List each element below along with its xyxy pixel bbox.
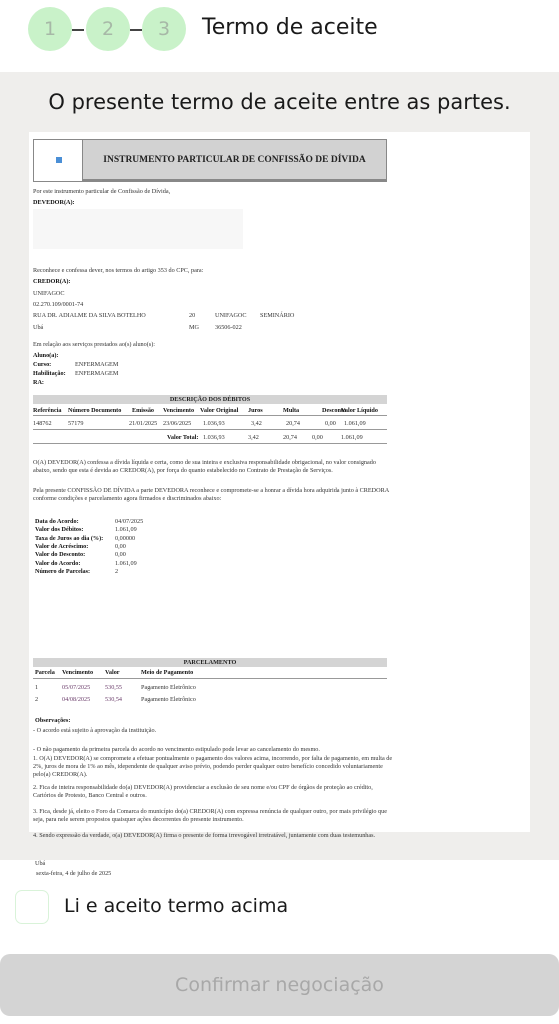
creditor-state: MG bbox=[189, 324, 199, 331]
confirm-negotiation-button[interactable]: Confirmar negociação bbox=[0, 954, 559, 1016]
agreement-value: 0,00 bbox=[115, 543, 126, 550]
creditor-complement: UNIFAGOC bbox=[215, 312, 247, 319]
qualification-label: Habilitação: bbox=[33, 370, 66, 377]
institution-logo bbox=[34, 140, 83, 181]
debts-cell: 23/06/2025 bbox=[163, 420, 191, 427]
creditor-street: RUA DR. ADIALME DA SILVA BOTELHO bbox=[33, 312, 146, 319]
document-date: sexta-feira, 4 de julho de 2025 bbox=[36, 870, 111, 877]
agreement-value: 1.061,09 bbox=[115, 526, 137, 533]
agreement-label: Taxa de Juros ao dia (%): bbox=[35, 535, 103, 542]
debts-cell: 148762 bbox=[33, 420, 52, 427]
divider bbox=[33, 415, 387, 416]
agreement-label: Valor dos Débitos: bbox=[35, 526, 83, 533]
debts-column-header: Juros bbox=[248, 407, 263, 414]
debts-column-header: Referência bbox=[33, 407, 62, 414]
installments-column-header: Valor bbox=[105, 669, 120, 676]
debts-cell: 3,42 bbox=[251, 420, 262, 427]
step-connector bbox=[130, 29, 142, 31]
debts-total-cell: 1.061,09 bbox=[341, 434, 363, 441]
agreement-label: Número de Parcelas: bbox=[35, 568, 90, 575]
installments-cell: 2 bbox=[35, 696, 38, 703]
divider bbox=[33, 429, 387, 430]
debts-cell: 1.036,93 bbox=[203, 420, 225, 427]
student-label: Aluno(a): bbox=[33, 352, 58, 359]
confession-paragraph-1: O(A) DEVEDOR(A) confessa a dívida líquid… bbox=[33, 459, 393, 475]
ra-label: RA: bbox=[33, 379, 44, 386]
creditor-number: 20 bbox=[189, 312, 195, 319]
debts-total-cell: 1.036,93 bbox=[203, 434, 225, 441]
step-2: 2 bbox=[86, 7, 130, 51]
creditor-name: UNIFAGOC bbox=[33, 290, 65, 297]
debts-total-cell: 20,74 bbox=[283, 434, 297, 441]
debts-cell: 1.061,09 bbox=[344, 420, 366, 427]
installments-column-header: Parcela bbox=[35, 669, 55, 676]
services-intro: Em relação aos serviços prestados ao(s) … bbox=[33, 341, 155, 348]
document-header: INSTRUMENTO PARTICULAR DE CONFISSÃO DE D… bbox=[33, 139, 387, 182]
terms-panel: O presente termo de aceite entre as part… bbox=[0, 72, 559, 860]
debts-total-cell: 0,00 bbox=[312, 434, 323, 441]
acknowledge-text: Reconhece e confessa dever, nos termos d… bbox=[33, 267, 203, 274]
installments-cell: 530,54 bbox=[105, 696, 122, 703]
debtor-label: DEVEDOR(A): bbox=[33, 199, 75, 206]
debts-total-cell: 3,42 bbox=[248, 434, 259, 441]
step-connector bbox=[72, 29, 84, 31]
divider bbox=[33, 678, 387, 679]
debts-cell: 20,74 bbox=[286, 420, 300, 427]
debts-column-header: Número Documento bbox=[68, 407, 121, 414]
agreement-value: 04/07/2025 bbox=[115, 518, 143, 525]
terms-heading: O presente termo de aceite entre as part… bbox=[0, 90, 559, 114]
debts-cell: 21/01/2025 bbox=[129, 420, 157, 427]
clause-2: 2. Fica de inteira responsabilidade do(a… bbox=[33, 784, 393, 800]
agreement-value: 1.061,09 bbox=[115, 560, 137, 567]
document-place: Ubá bbox=[35, 860, 45, 867]
installments-column-header: Meio de Pagamento bbox=[141, 669, 193, 676]
header: 1 2 3 Termo de aceite bbox=[0, 0, 559, 72]
agreement-label: Valor de Acréscimo: bbox=[35, 543, 88, 550]
accept-terms-label[interactable]: Li e aceito termo acima bbox=[64, 895, 288, 917]
course-label: Curso: bbox=[33, 361, 51, 368]
debts-table-title: DESCRIÇÃO DOS DÉBITOS bbox=[33, 395, 387, 404]
accept-terms-checkbox[interactable] bbox=[15, 890, 49, 924]
observations-label: Observações: bbox=[35, 717, 70, 724]
redacted-debtor-info bbox=[33, 209, 243, 249]
divider bbox=[33, 443, 387, 444]
debts-column-header: Emissão bbox=[132, 407, 154, 414]
qualification-value: ENFERMAGEM bbox=[75, 370, 118, 377]
debts-cell: 57179 bbox=[68, 420, 83, 427]
creditor-cnpj: 02.270.109/0001-74 bbox=[33, 301, 83, 308]
creditor-district: SEMINÁRIO bbox=[260, 312, 294, 319]
agreement-label: Data do Acordo: bbox=[35, 518, 79, 525]
debts-column-header: Valor Original bbox=[200, 407, 238, 414]
installments-cell: 05/07/2025 bbox=[62, 684, 90, 691]
creditor-zip: 36506-022 bbox=[215, 324, 242, 331]
agreement-label: Valor do Desconto: bbox=[35, 551, 85, 558]
step-3: 3 bbox=[142, 7, 186, 51]
observation-1: - O acordo está sujeito à aprovação da i… bbox=[33, 727, 393, 735]
installments-cell: 530,55 bbox=[105, 684, 122, 691]
installments-cell: Pagamento Eletrônico bbox=[141, 696, 196, 703]
agreement-value: 2 bbox=[115, 568, 118, 575]
document-title: INSTRUMENTO PARTICULAR DE CONFISSÃO DE D… bbox=[83, 140, 386, 181]
agreement-label: Valor do Acordo: bbox=[35, 560, 80, 567]
installments-column-header: Vencimento bbox=[62, 669, 93, 676]
debts-cell: 0,00 bbox=[325, 420, 336, 427]
clause-1: 1. O(A) DEVEDOR(A) se compromete a efetu… bbox=[33, 755, 393, 779]
installments-cell: Pagamento Eletrônico bbox=[141, 684, 196, 691]
installments-cell: 1 bbox=[35, 684, 38, 691]
terms-document[interactable]: INSTRUMENTO PARTICULAR DE CONFISSÃO DE D… bbox=[29, 132, 530, 832]
clause-4: 4. Sendo expressão da verdade, o(a) DEVE… bbox=[33, 832, 393, 840]
page-title: Termo de aceite bbox=[202, 15, 378, 40]
debts-column-header: Vencimento bbox=[163, 407, 194, 414]
course-value: ENFERMAGEM bbox=[75, 361, 118, 368]
debts-column-header: Multa bbox=[283, 407, 299, 414]
intro-text: Por este instrumento particular de Confi… bbox=[33, 188, 170, 195]
installments-cell: 04/08/2025 bbox=[62, 696, 90, 703]
agreement-value: 0,00 bbox=[115, 551, 126, 558]
creditor-city: Ubá bbox=[33, 324, 43, 331]
creditor-label: CREDOR(A): bbox=[33, 278, 70, 285]
logo-icon bbox=[56, 157, 62, 163]
observation-2: - O não pagamento da primeira parcela do… bbox=[33, 746, 393, 754]
agreement-value: 0,00000 bbox=[115, 535, 135, 542]
installments-table-title: PARCELAMENTO bbox=[33, 658, 387, 667]
debts-column-header: Valor Líquido bbox=[341, 407, 378, 414]
confession-paragraph-2: Pela presente CONFISSÃO DE DÍVIDA a part… bbox=[33, 487, 393, 503]
debts-total-label: Valor Total: bbox=[167, 434, 198, 441]
clause-3: 3. Fica, desde já, eleito o Foro da Coma… bbox=[33, 808, 393, 824]
step-1: 1 bbox=[28, 7, 72, 51]
